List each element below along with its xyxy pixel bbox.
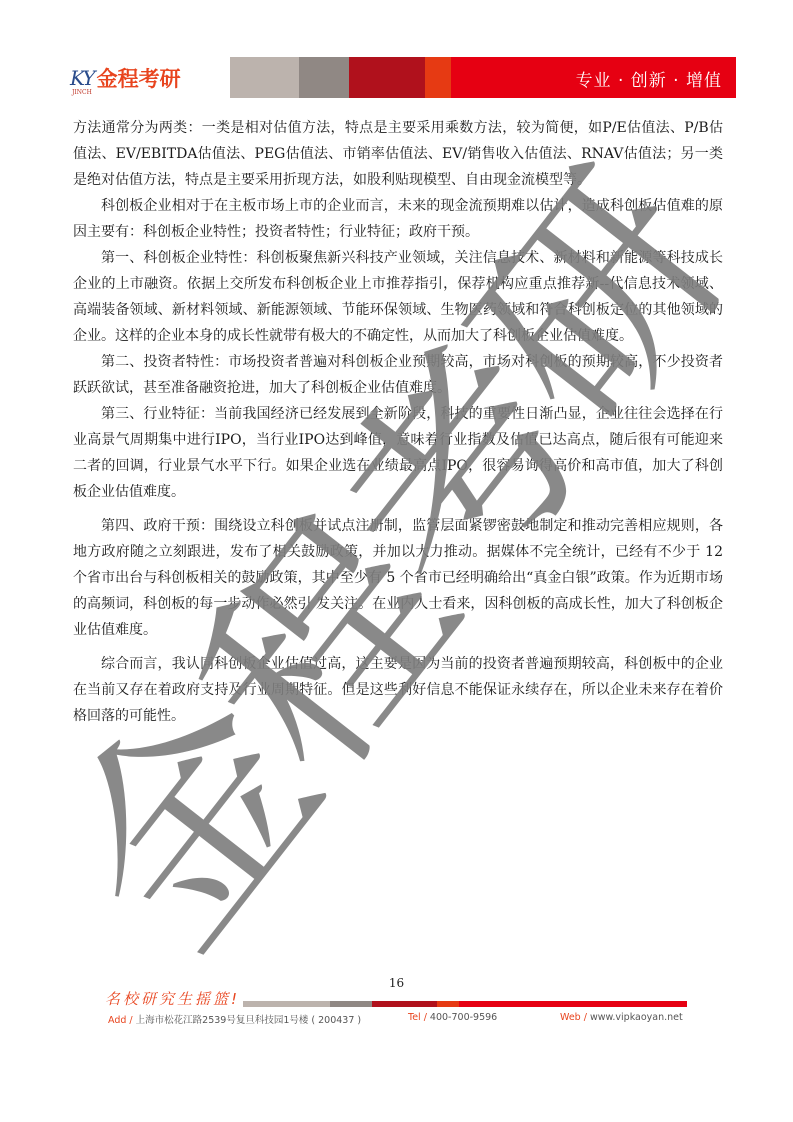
header-bar-segment	[299, 57, 349, 98]
footer-bar-segment	[372, 1001, 437, 1007]
footer-bar-segment	[330, 1001, 372, 1007]
footer-bar-segment	[437, 1001, 459, 1007]
paragraph: 第二、投资者特性：市场投资者普遍对科创板企业预期较高，市场对科创板的预期较高，不…	[73, 349, 723, 401]
document-body: 方法通常分为两类：一类是相对估值方法，特点是主要采用乘数方法，较为简便，如P/E…	[73, 115, 723, 729]
page-header: KYJINCH 金程考研 专业 · 创新 · 增值	[70, 56, 736, 99]
footer-slogan: 名校研究生摇篮!	[105, 988, 240, 1009]
paragraph: 综合而言，我认同科创板企业估值过高，这主要是因为当前的投资者普遍预期较高，科创板…	[73, 651, 723, 729]
paragraph: 第四、政府干预：围绕设立科创板并试点注册制，监管层面紧锣密鼓地制定和推动完善相应…	[73, 513, 723, 643]
footer-website: Web / www.vipkaoyan.net	[560, 1012, 683, 1026]
brand-name: 金程考研	[97, 63, 181, 93]
page-footer: 名校研究生摇篮! Add / 上海市松花江路2539号复旦科技园1号楼 ( 20…	[105, 988, 695, 1028]
footer-phone: Tel / 400-700-9596	[408, 1012, 548, 1026]
header-bar-segment	[425, 57, 451, 98]
footer-bar-segment	[459, 1001, 687, 1007]
paragraph: 科创板企业相对于在主板市场上市的企业而言，未来的现金流预期难以估计，造成科创板估…	[73, 193, 723, 245]
footer-contact: Add / 上海市松花江路2539号复旦科技园1号楼 ( 200437 ) Te…	[108, 1012, 693, 1026]
ky-logo-icon: KYJINCH	[70, 66, 94, 90]
paragraph: 第一、科创板企业特性：科创板聚焦新兴科技产业领域，关注信息技术、新材料和新能源等…	[73, 245, 723, 349]
brand-logo: KYJINCH 金程考研	[70, 60, 181, 96]
paragraph: 第三、行业特征：当前我国经济已经发展到全新阶段，科技的重要性日渐凸显，企业往往会…	[73, 401, 723, 505]
footer-address: Add / 上海市松花江路2539号复旦科技园1号楼 ( 200437 )	[108, 1012, 398, 1026]
paragraph: 方法通常分为两类：一类是相对估值方法，特点是主要采用乘数方法，较为简便，如P/E…	[73, 115, 723, 193]
header-bar-segment	[230, 57, 299, 98]
header-slogan: 专业 · 创新 · 增值	[576, 66, 722, 91]
footer-bar-segment	[243, 1001, 330, 1007]
header-bar-segment	[349, 57, 425, 98]
